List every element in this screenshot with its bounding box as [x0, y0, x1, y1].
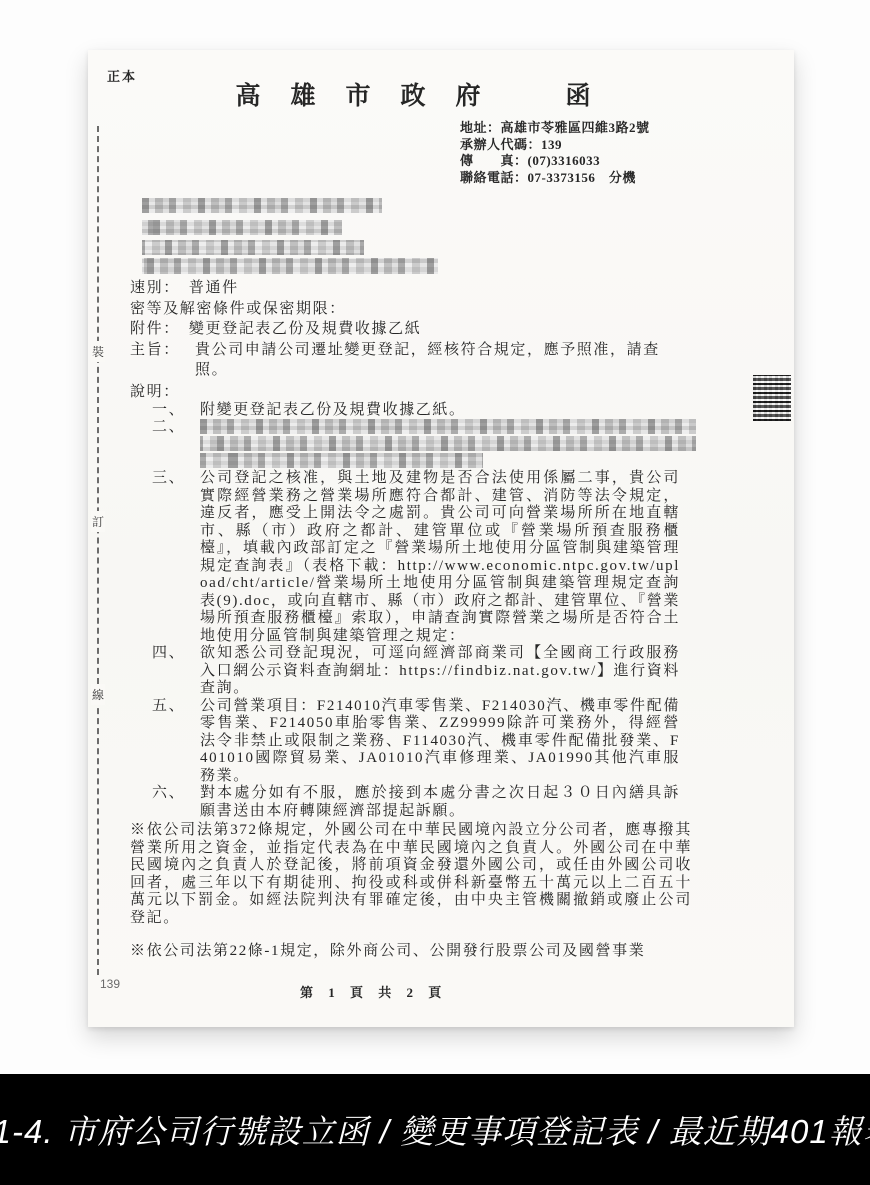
item-number: 二、	[152, 419, 200, 470]
page-corner-number: 139	[100, 977, 120, 991]
redacted-line	[142, 220, 342, 235]
item-text: 公司登記之核准，與土地及建物是否合法使用係屬二事，貴公司實際經營業務之營業場所應…	[200, 470, 680, 645]
item-number: 六、	[152, 785, 200, 820]
list-item-5: 五、 公司營業項目：F214010汽車零售業、F214030汽、機車零件配備零售…	[130, 698, 702, 786]
official-seal-stamp	[753, 375, 791, 421]
item-text: 欲知悉公司登記現況，可逕向經濟部商業司【全國商工行政服務入口網公示資料查詢網址：…	[200, 645, 680, 698]
sender-address: 地址：高雄市苓雅區四維3路2號	[460, 120, 702, 137]
list-item-4: 四、 欲知悉公司登記現況，可逕向經濟部商業司【全國商工行政服務入口網公示資料查詢…	[130, 645, 702, 698]
caption-bar: 01-4. 市府公司行號設立函 / 變更事項登記表 / 最近期401報表	[0, 1074, 870, 1185]
redacted-item-content	[200, 419, 680, 470]
meta-block: 速別： 普通件 密等及解密條件或保密期限： 附件： 變更登記表乙份及規費收據乙紙	[130, 278, 702, 340]
sender-agent-code: 承辦人代碼：139	[460, 137, 702, 154]
attachment-line: 附件： 變更登記表乙份及規費收據乙紙	[130, 319, 702, 340]
screenshot-background: 正本 裝 訂 線 高雄市政府 函 地址：高雄市苓雅區四維3路2號 承辦人代碼：1…	[0, 0, 870, 1185]
explanation-heading: 說明：	[130, 383, 702, 402]
item-text: 公司營業項目：F214010汽車零售業、F214030汽、機車零件配備零售業、F…	[200, 698, 680, 786]
item-number: 一、	[152, 402, 200, 420]
recipient-redacted-block	[142, 198, 702, 274]
sender-phone: 聯絡電話：07-3373156 分機	[460, 170, 702, 187]
binding-line: 裝 訂 線	[97, 126, 99, 975]
subject-text: 貴公司申請公司遷址變更登記，經核符合規定，應予照准，請查 照。	[195, 340, 700, 381]
sender-fax: 傳 真：(07)3316033	[460, 153, 702, 170]
redacted-line	[142, 240, 364, 255]
list-item-6: 六、 對本處分如有不服，應於接到本處分書之次日起３０日內繕具訴願書送由本府轉陳經…	[130, 785, 702, 820]
speed-class-line: 速別： 普通件	[130, 278, 702, 299]
binding-mark-xian: 線	[91, 684, 105, 705]
security-line: 密等及解密條件或保密期限：	[130, 299, 702, 320]
list-item-1: 一、 附變更登記表乙份及規費收據乙紙。	[130, 402, 702, 420]
document-title: 高雄市政府 函	[130, 82, 702, 112]
redacted-line	[142, 198, 382, 213]
redacted-line	[200, 453, 483, 468]
binding-mark-zhuang: 裝	[91, 341, 105, 362]
redacted-line	[200, 436, 696, 451]
legal-note-2: ※依公司法第22條-1規定，除外商公司、公開發行股票公司及國營事業	[130, 943, 692, 961]
caption-text: 01-4. 市府公司行號設立函 / 變更事項登記表 / 最近期401報表	[0, 1106, 870, 1153]
document-content: 高雄市政府 函 地址：高雄市苓雅區四維3路2號 承辦人代碼：139 傳 真：(0…	[130, 50, 702, 961]
item-text: 附變更登記表乙份及規費收據乙紙。	[200, 402, 680, 420]
legal-note-1: ※依公司法第372條規定，外國公司在中華民國境內設立分公司者，應專撥其營業所用之…	[130, 822, 692, 927]
item-number: 三、	[152, 470, 200, 645]
page-indicator: 第 1 頁 共 2 頁	[300, 982, 447, 1001]
document-page: 正本 裝 訂 線 高雄市政府 函 地址：高雄市苓雅區四維3路2號 承辦人代碼：1…	[88, 50, 794, 1027]
sender-info-block: 地址：高雄市苓雅區四維3路2號 承辦人代碼：139 傳 真：(07)331603…	[460, 120, 702, 186]
binding-mark-ding: 訂	[91, 511, 105, 532]
item-number: 四、	[152, 645, 200, 698]
item-number: 五、	[152, 698, 200, 786]
list-item-3: 三、 公司登記之核准，與土地及建物是否合法使用係屬二事，貴公司實際經營業務之營業…	[130, 470, 702, 645]
redacted-line	[142, 258, 438, 274]
explanation-list: 一、 附變更登記表乙份及規費收據乙紙。 二、 三、 公司登記之核准，與土地及建物…	[130, 402, 702, 821]
list-item-2: 二、	[130, 419, 702, 470]
item-text: 對本處分如有不服，應於接到本處分書之次日起３０日內繕具訴願書送由本府轉陳經濟部提…	[200, 785, 680, 820]
subject-line: 主旨： 貴公司申請公司遷址變更登記，經核符合規定，應予照准，請查 照。	[130, 340, 702, 381]
subject-label: 主旨：	[130, 340, 195, 381]
redacted-line	[200, 419, 696, 434]
